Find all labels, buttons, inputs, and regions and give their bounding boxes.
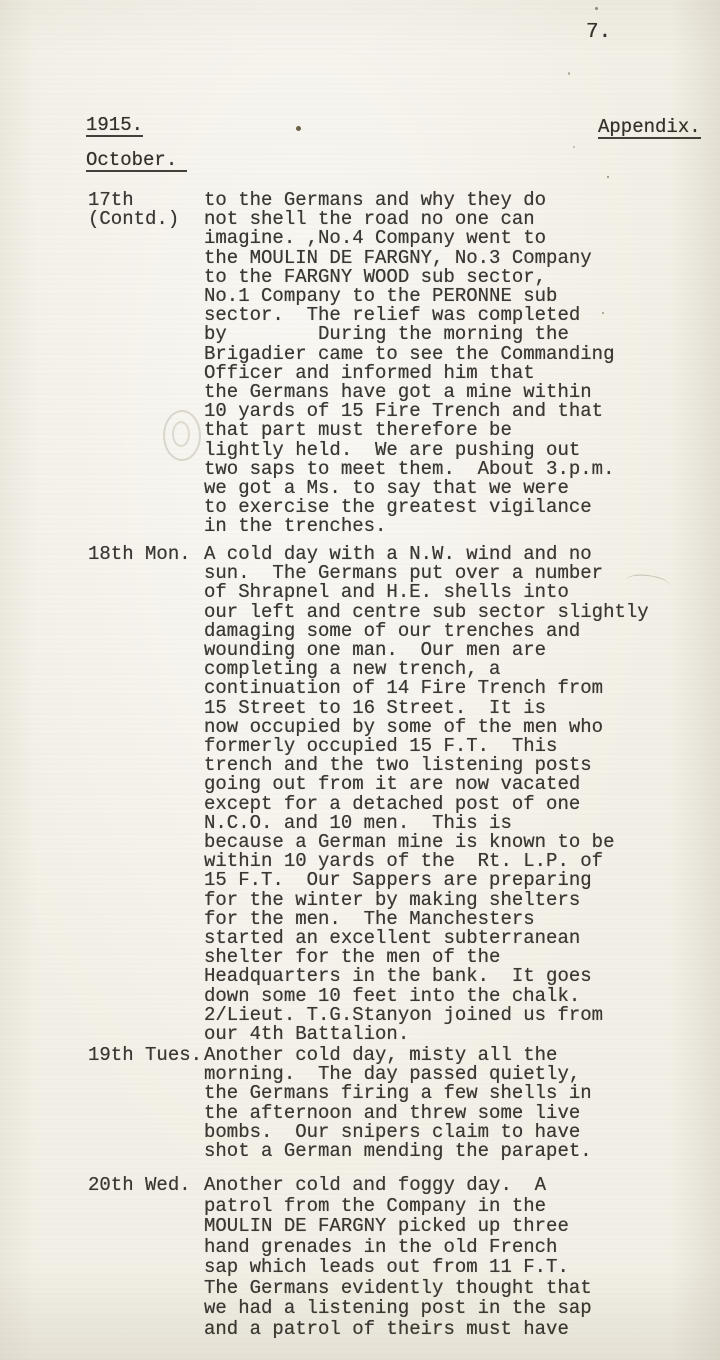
document-page: 7. 1915. Appendix. October. 17th (Contd.… (0, 0, 720, 1360)
entry-body: A cold day with a N.W. wind and no sun. … (204, 545, 649, 1044)
entry-date: 17th (Contd.) (88, 191, 179, 229)
entry-body: Another cold and foggy day. A patrol fro… (204, 1175, 592, 1339)
entry-date: 19th Tues. (88, 1046, 202, 1065)
page-number: 7. (586, 22, 611, 43)
appendix-heading: Appendix. (598, 118, 701, 139)
entry-date: 20th Wed. (88, 1175, 191, 1196)
entry-body: to the Germans and why they do not shell… (204, 191, 614, 537)
month-heading: October. (86, 151, 187, 172)
ink-speck (296, 126, 301, 131)
entry-date: 18th Mon. (88, 545, 191, 564)
ink-speck (568, 72, 570, 75)
ink-speck (607, 176, 609, 178)
ink-speck (595, 7, 598, 10)
entry-body: Another cold day, misty all the morning.… (204, 1046, 592, 1161)
ink-speck (573, 146, 575, 148)
embossed-watermark (163, 410, 201, 461)
year-heading: 1915. (86, 116, 143, 137)
ink-speck (602, 312, 604, 314)
